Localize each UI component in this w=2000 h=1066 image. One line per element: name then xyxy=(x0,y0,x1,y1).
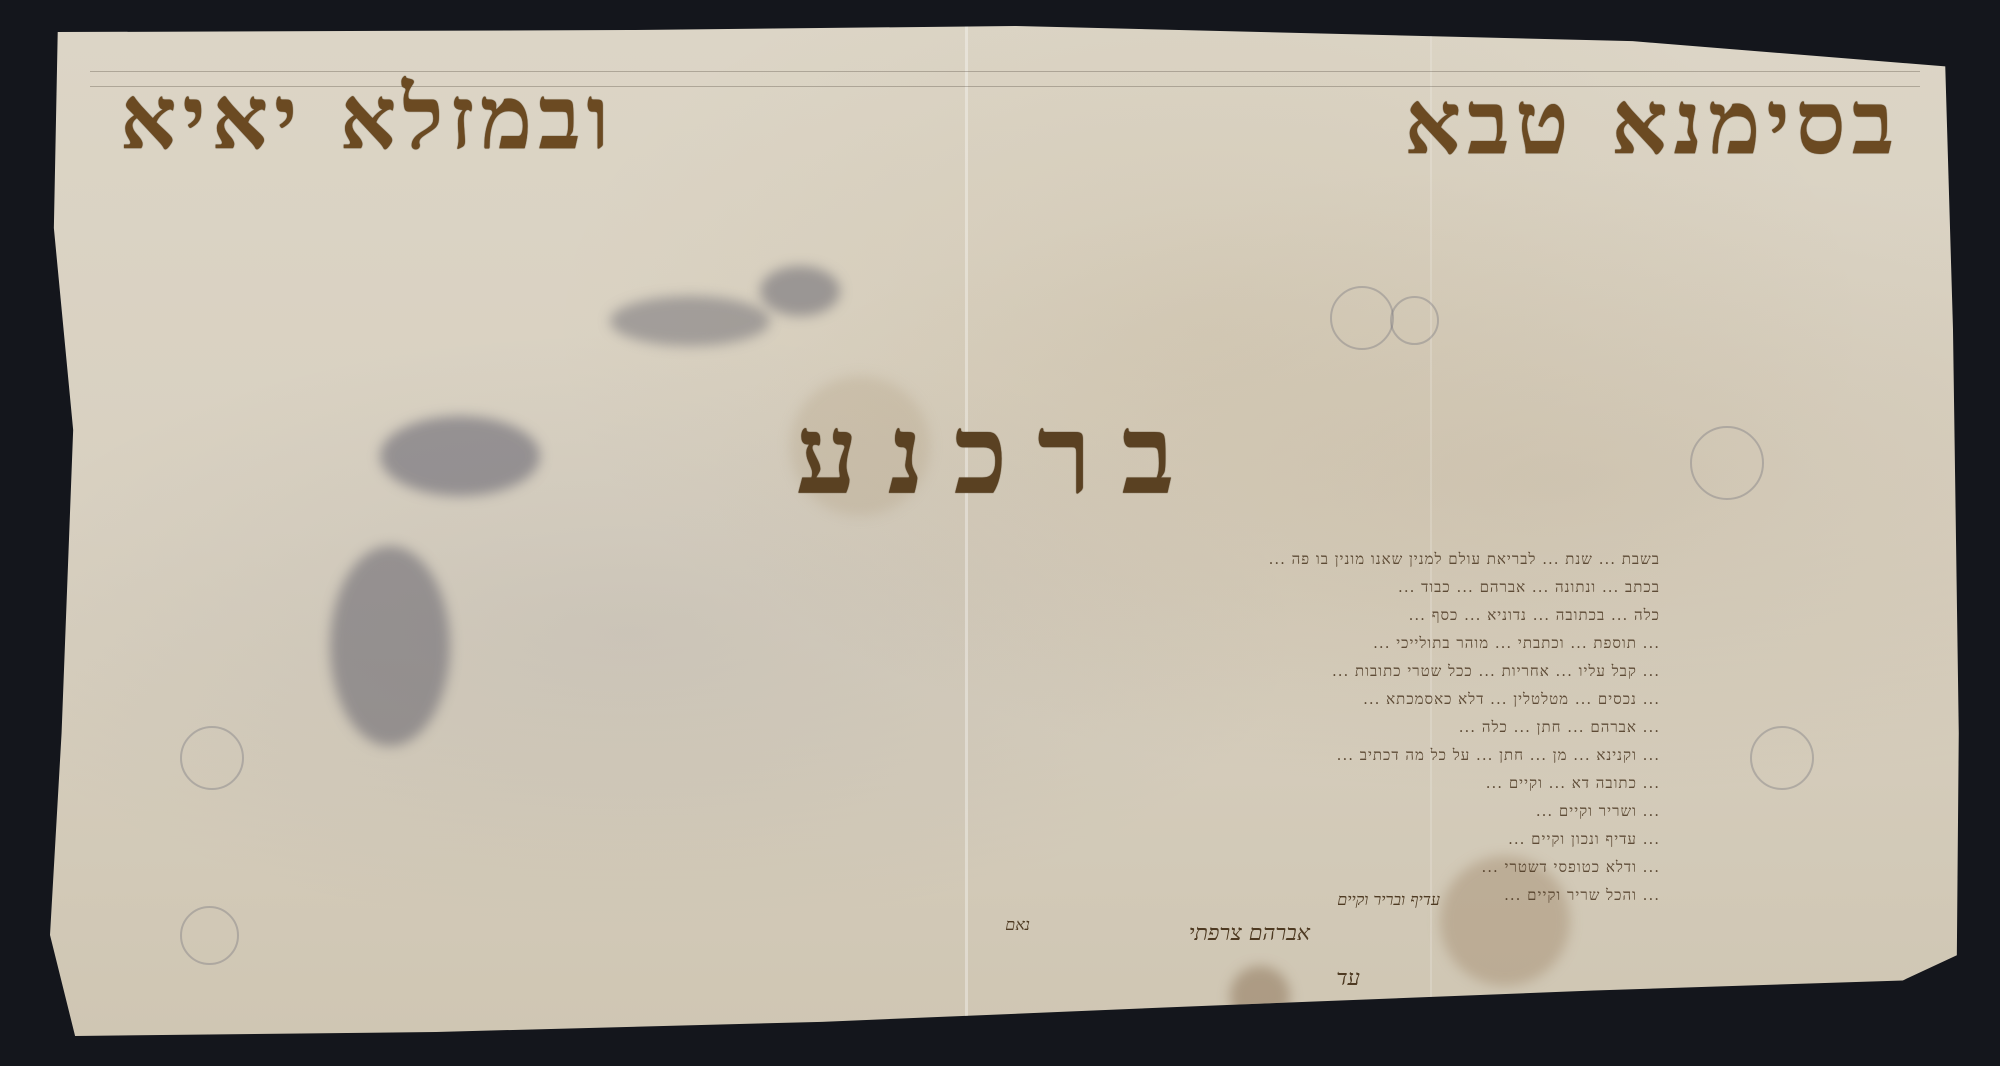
manuscript-line: כלה ... בכתובה ... נדוניא ... כסף ... xyxy=(340,606,1660,634)
manuscript-line: ... אברהם ... חתן ... כלה ... xyxy=(340,718,1660,746)
pencil-sketch-flower xyxy=(1750,726,1814,790)
signature-witness-3: נאם xyxy=(1005,915,1030,935)
signature-block: עדיף ובריר וקיים אברהם צרפתי עד נאם xyxy=(880,890,1480,1010)
ink-stain xyxy=(610,296,770,346)
manuscript-line: ... וקנינא ... מן ... חתן ... על כל מה ד… xyxy=(340,746,1660,774)
manuscript-body: בשבת ... שנת ... לבריאת עולם למנין שאנו … xyxy=(340,550,1660,914)
signature-witness-2: עד xyxy=(1336,965,1360,991)
manuscript-line: ... ודלא כטופסי דשטרי ... xyxy=(340,858,1660,886)
manuscript-line: ... ושריר וקיים ... xyxy=(340,802,1660,830)
signature-witness-1: אברהם צרפתי xyxy=(1189,920,1310,946)
manuscript-line: ... עדיף ונכון וקיים ... xyxy=(340,830,1660,858)
pencil-sketch-flower xyxy=(180,726,244,790)
manuscript-line: ... תוספת ... וכתבתי ... מוהר בתולייכי .… xyxy=(340,634,1660,662)
pencil-sketch-flower xyxy=(1330,286,1394,350)
manuscript-line: ... נכסים ... מטלטלין ... דלא כאסמכתא ..… xyxy=(340,690,1660,718)
closing-formula: עדיף ובריר וקיים xyxy=(1337,890,1440,910)
ink-stain xyxy=(760,266,840,316)
header-blessing-left: ובמזלא יאיא xyxy=(120,65,615,170)
manuscript-line: ... קבל עליו ... אחריות ... ככל שטרי כתו… xyxy=(340,662,1660,690)
manuscript-line: בשבת ... שנת ... לבריאת עולם למנין שאנו … xyxy=(340,550,1660,578)
manuscript-line: ... כתובה דא ... וקיים ... xyxy=(340,774,1660,802)
pencil-sketch-flower xyxy=(1390,296,1439,345)
manuscript-line: בכתב ... ונתונה ... אברהם ... כבוד ... xyxy=(340,578,1660,606)
center-heading: ברכנע xyxy=(0,390,2000,520)
pencil-sketch-flower xyxy=(180,906,239,965)
header-blessing-right: בסימנא טבא xyxy=(1404,70,1900,175)
